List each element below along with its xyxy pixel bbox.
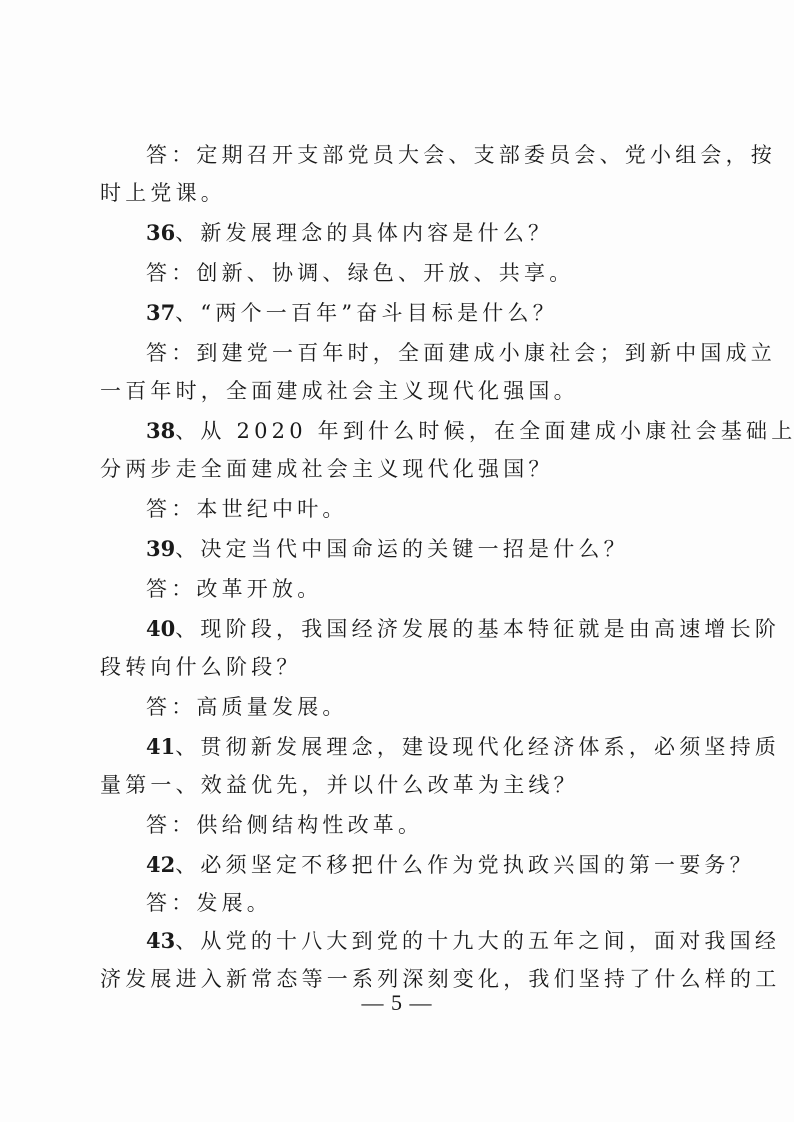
question-number: 39	[146, 536, 175, 561]
line-text: 、“两个一百年”奋斗目标是什么？	[175, 301, 558, 325]
line-text: 量第一、效益优先，并以什么改革为主线？	[100, 773, 579, 797]
question-number: 42	[146, 852, 175, 877]
line-text: 答：创新、协调、绿色、开放、共享。	[146, 261, 574, 285]
answer-line: 答：创新、协调、绿色、开放、共享。	[146, 258, 751, 288]
text-line: 时上党课。	[100, 178, 705, 208]
line-text: 分两步走全面建成社会主义现代化强国？	[100, 457, 554, 481]
document-page: 答：定期召开支部党员大会、支部委员会、党小组会，按时上党课。36、新发展理念的具…	[0, 0, 794, 1122]
line-text: 、新发展理念的具体内容是什么？	[175, 221, 553, 245]
line-text: 答：供给侧结构性改革。	[146, 813, 423, 837]
question-line: 36、新发展理念的具体内容是什么？	[146, 218, 751, 248]
line-text: 答：发展。	[146, 891, 272, 915]
text-line: 分两步走全面建成社会主义现代化强国？	[100, 454, 705, 484]
question-number: 41	[146, 734, 175, 759]
question-number: 36	[146, 220, 175, 245]
answer-line: 答：高质量发展。	[146, 692, 751, 722]
question-line: 42、必须坚定不移把什么作为党执政兴国的第一要务？	[146, 850, 751, 880]
question-number: 37	[146, 300, 175, 325]
text-line: 段转向什么阶段？	[100, 652, 705, 682]
line-text: 、从党的十八大到党的十九大的五年之间，面对我国经	[175, 929, 780, 953]
question-number: 40	[146, 616, 175, 641]
text-line: 量第一、效益优先，并以什么改革为主线？	[100, 770, 705, 800]
question-line: 38、从 2020 年到什么时候，在全面建成小康社会基础上，	[146, 416, 751, 446]
answer-line: 答：定期召开支部党员大会、支部委员会、党小组会，按	[146, 140, 751, 170]
line-text: 答：定期召开支部党员大会、支部委员会、党小组会，按	[146, 143, 776, 167]
line-text: 段转向什么阶段？	[100, 655, 302, 679]
line-text: 答：高质量发展。	[146, 695, 348, 719]
answer-line: 答：改革开放。	[146, 574, 751, 604]
line-text: 、必须坚定不移把什么作为党执政兴国的第一要务？	[175, 853, 755, 877]
question-line: 43、从党的十八大到党的十九大的五年之间，面对我国经	[146, 926, 751, 956]
line-text: 答：改革开放。	[146, 577, 322, 601]
answer-line: 答：发展。	[146, 888, 751, 918]
line-text: 、现阶段，我国经济发展的基本特征就是由高速增长阶	[175, 617, 780, 641]
question-line: 40、现阶段，我国经济发展的基本特征就是由高速增长阶	[146, 614, 751, 644]
line-text: 答：本世纪中叶。	[146, 497, 348, 521]
answer-line: 答：供给侧结构性改革。	[146, 810, 751, 840]
question-line: 37、“两个一百年”奋斗目标是什么？	[146, 298, 751, 328]
line-text: 时上党课。	[100, 181, 226, 205]
line-text: 、从 2020 年到什么时候，在全面建成小康社会基础上，	[175, 419, 794, 443]
line-text: 一百年时，全面建成社会主义现代化强国。	[100, 379, 579, 403]
text-line: 一百年时，全面建成社会主义现代化强国。	[100, 376, 705, 406]
line-text: 济发展进入新常态等一系列深刻变化，我们坚持了什么样的工	[100, 967, 780, 991]
question-line: 39、决定当代中国命运的关键一招是什么？	[146, 534, 751, 564]
question-line: 41、贯彻新发展理念，建设现代化经济体系，必须坚持质	[146, 732, 751, 762]
question-number: 43	[146, 928, 175, 953]
answer-line: 答：本世纪中叶。	[146, 494, 751, 524]
line-text: 、贯彻新发展理念，建设现代化经济体系，必须坚持质	[175, 735, 780, 759]
page-number: — 5 —	[0, 990, 794, 1016]
question-number: 38	[146, 418, 175, 443]
line-text: 、决定当代中国命运的关键一招是什么？	[175, 537, 629, 561]
answer-line: 答：到建党一百年时，全面建成小康社会；到新中国成立	[146, 338, 751, 368]
line-text: 答：到建党一百年时，全面建成小康社会；到新中国成立	[146, 341, 776, 365]
